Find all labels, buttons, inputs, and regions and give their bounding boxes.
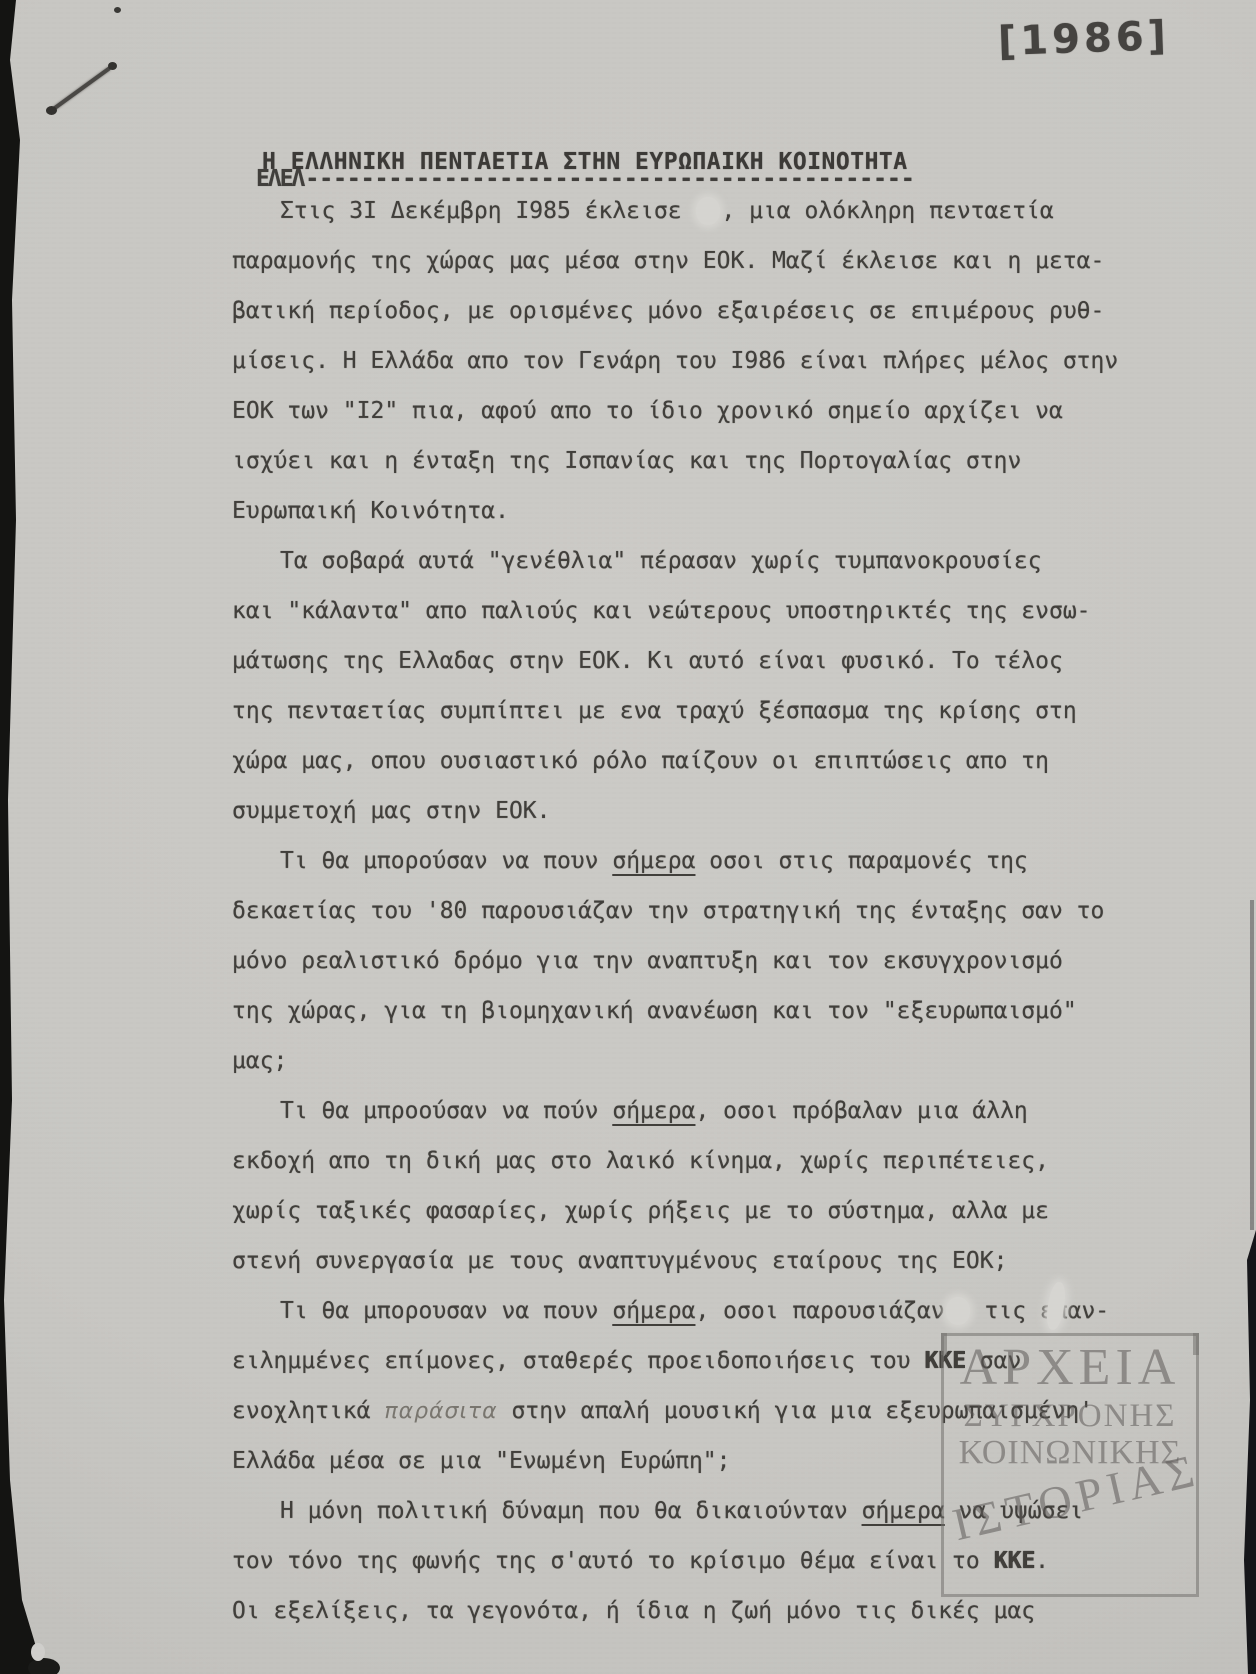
underlined-word: σήμερα [612,1298,695,1324]
text-segment: Οι εξελίξεις, τα γεγονότα, ή ίδια η ζωή … [232,1598,1035,1624]
text-segment: , οσοι παρουσιάζαν [695,1298,944,1324]
text-segment: μόνο ρεαλιστικό δρόμο για την αναπτυξη κ… [232,948,1063,974]
text-segment: τον τόνο της φωνής της σ'αυτό το κρίσιμο… [232,1548,994,1574]
scan-edge-right-faint [1250,900,1254,1230]
text-segment: της πενταετίας συμπίπτει με ενα τραχύ ξέ… [232,698,1077,724]
underlined-word: σήμερα [612,848,695,874]
underlined-word: σήμερα [612,1098,695,1124]
paragraph: Στις 3Ι Δεκέμβρη Ι985 έκλεισε , μια ολόκ… [232,186,1212,536]
document-line: μάτωσης της Ελλαδας στην ΕΟΚ. Κι αυτό εί… [232,636,1212,686]
document-line: δεκαετίας του '80 παρουσιάζαν την στρατη… [232,886,1212,936]
paragraph: Τι θα μπροούσαν να πούν σήμερα, οσοι πρό… [232,1086,1212,1286]
scan-corner-blob [28,1658,60,1674]
paragraph: Η μόνη πολιτική δύναμη που θα δικαιούντα… [232,1486,1212,1636]
correction-blot [946,1297,970,1325]
text-segment: ενοχλητικά [232,1398,384,1424]
scan-corner-highlight [31,1643,45,1661]
document-line: τον τόνο της φωνής της σ'αυτό το κρίσιμο… [232,1536,1212,1586]
document-line: ειλημμένες επίμονες, σταθερές προειδοποι… [232,1336,1212,1386]
text-segment: ΕΟΚ των "Ι2" πια, αφού απο το ίδιο χρονι… [232,398,1063,424]
document-line: παραμονής της χώρας μας μέσα στην ΕΟΚ. Μ… [232,236,1212,286]
handwritten-year-annotation: [1986] [997,13,1170,65]
document-line: ενοχλητικά παράσιτα στην απαλή μουσική γ… [232,1386,1212,1436]
document-line: εκδοχή απο τη δική μας στο λαικό κίνημα,… [232,1136,1212,1186]
text-segment: στην απαλή μουσική για μια εξευρωπαισμέν… [498,1398,1093,1424]
text-segment: , μια ολόκληρη πενταετία [721,198,1053,224]
text-segment: μας; [232,1048,287,1074]
document-line: Η μόνη πολιτική δύναμη που θα δικαιούντα… [232,1486,1212,1536]
document-line: ισχύει και η ένταξη της Ισπανίας και της… [232,436,1212,486]
text-segment: βατική περίοδος, με ορισμένες μόνο εξαιρ… [232,298,1104,324]
text-segment: Ελλάδα μέσα σε μια "Ενωμένη Ευρώπη"; [232,1448,731,1474]
document-line: Οι εξελίξεις, τα γεγονότα, ή ίδια η ζωή … [232,1586,1212,1636]
ink-speck [114,7,121,13]
document-line: συμμετοχή μας στην ΕΟΚ. [232,786,1212,836]
paragraph: Τι θα μπορουσαν να πουν σήμερα, οσοι παρ… [232,1286,1212,1486]
document-line: Ελλάδα μέσα σε μια "Ενωμένη Ευρώπη"; [232,1436,1212,1486]
document-line: μίσεις. Η Ελλάδα απο τον Γενάρη του Ι986… [232,336,1212,386]
scanned-document-page: [1986] Η ΕΛΛΗΝΙΚΗ ΠΕΝΤΑΕΤΙΑ ΣΤΗΝ ΕΥΡΩΠΑΙ… [0,0,1256,1674]
pen-dot [46,106,57,115]
scan-edge-right [1244,1230,1256,1674]
text-segment: Στις 3Ι Δεκέμβρη Ι985 έκλεισε [280,198,695,224]
paragraph: Τα σοβαρά αυτά "γενέθλια" πέρασαν χωρίς … [232,536,1212,836]
text-segment: Τα σοβαρά αυτά "γενέθλια" πέρασαν χωρίς … [280,548,1042,574]
document-line: μόνο ρεαλιστικό δρόμο για την αναπτυξη κ… [232,936,1212,986]
text-segment: και "κάλαντα" απο παλιούς και νεώτερους … [232,598,1091,624]
handwritten-insertion: παράσιτα [384,1399,497,1424]
text-segment: στενή συνεργασία με τους αναπτυγμένους ε… [232,1248,1007,1274]
scan-edge-left [0,0,46,1674]
text-segment: δεκαετίας του '80 παρουσιάζαν την στρατη… [232,898,1104,924]
text-segment: εκδοχή απο τη δική μας στο λαικό κίνημα,… [232,1148,1049,1174]
emphasized-word: ΚΚΕ [994,1548,1036,1574]
text-segment: Τι θα μπορούσαν να πουν [280,848,612,874]
pen-dot [108,62,117,70]
text-segment: Ευρωπαική Κοινότητα. [232,498,509,524]
document-line: χώρα μας, οπου ουσιαστικό ρόλο παίζουν ο… [232,736,1212,786]
document-line: βατική περίοδος, με ορισμένες μόνο εξαιρ… [232,286,1212,336]
document-line: Τι θα μπορούσαν να πουν σήμερα οσοι στις… [232,836,1212,886]
correction-blot [696,197,720,225]
document-body: Στις 3Ι Δεκέμβρη Ι985 έκλεισε , μια ολόκ… [232,186,1212,1636]
text-segment: μάτωσης της Ελλαδας στην ΕΟΚ. Κι αυτό εί… [232,648,1063,674]
document-line: Τι θα μπροούσαν να πούν σήμερα, οσοι πρό… [232,1086,1212,1136]
document-line: Τα σοβαρά αυτά "γενέθλια" πέρασαν χωρίς … [232,536,1212,586]
document-line: Ευρωπαική Κοινότητα. [232,486,1212,536]
text-segment: χωρίς ταξικές φασαρίες, χωρίς ρήξεις με … [232,1198,1049,1224]
text-segment: Τι θα μπορουσαν να πουν [280,1298,612,1324]
text-segment: ειλημμένες επίμονες, σταθερές προειδοποι… [232,1348,924,1374]
text-segment: τις επαν- [971,1298,1109,1324]
emphasized-word: ΚΚΕ [924,1348,966,1374]
text-segment: παραμονής της χώρας μας μέσα στην ΕΟΚ. Μ… [232,248,1104,274]
document-line: Στις 3Ι Δεκέμβρη Ι985 έκλεισε , μια ολόκ… [232,186,1212,236]
text-segment: της χώρας, για τη βιομηχανική ανανέωση κ… [232,998,1077,1024]
text-segment: ισχύει και η ένταξη της Ισπανίας και της… [232,448,1021,474]
text-segment: , οσοι πρόβαλαν μια άλλη [695,1098,1027,1124]
text-segment: Τι θα μπροούσαν να πούν [280,1098,612,1124]
text-segment: σαν [966,1348,1021,1374]
pen-check-mark [44,56,144,126]
text-segment: . [1035,1548,1049,1574]
document-line: της χώρας, για τη βιομηχανική ανανέωση κ… [232,986,1212,1036]
text-segment: μίσεις. Η Ελλάδα απο τον Γενάρη του Ι986… [232,348,1118,374]
document-line: και "κάλαντα" απο παλιούς και νεώτερους … [232,586,1212,636]
paragraph: Τι θα μπορούσαν να πουν σήμερα οσοι στις… [232,836,1212,1086]
underlined-word: σήμερα [862,1498,945,1524]
text-segment: συμμετοχή μας στην ΕΟΚ. [232,798,551,824]
text-segment: Η μόνη πολιτική δύναμη που θα δικαιούντα… [280,1498,862,1524]
text-segment: οσοι στις παραμονές της [695,848,1027,874]
text-segment: χώρα μας, οπου ουσιαστικό ρόλο παίζουν ο… [232,748,1049,774]
document-line: μας; [232,1036,1212,1086]
pen-stroke [51,66,112,112]
text-segment: να υψώσει [945,1498,1083,1524]
document-line: χωρίς ταξικές φασαρίες, χωρίς ρήξεις με … [232,1186,1212,1236]
document-line: της πενταετίας συμπίπτει με ενα τραχύ ξέ… [232,686,1212,736]
document-line: ΕΟΚ των "Ι2" πια, αφού απο το ίδιο χρονι… [232,386,1212,436]
document-line: στενή συνεργασία με τους αναπτυγμένους ε… [232,1236,1212,1286]
